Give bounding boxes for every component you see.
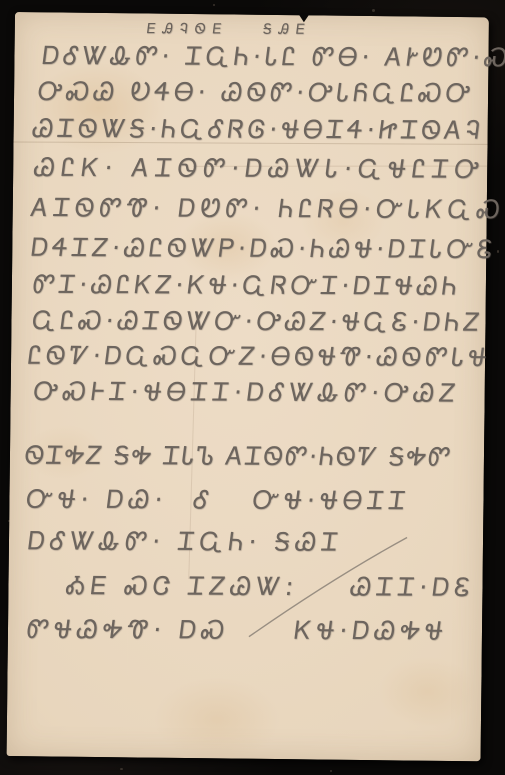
manuscript-line: ᏛᏆ·ᏊᏝᏦᏃ·ᏦᏠ·ᏩᏒᏅᏆ·ᎠᏆᏠᏊᏂ bbox=[31, 270, 463, 302]
manuscript-line: ᏅᏠ· ᎠᏊ· Ꮄ ᏅᏠ·ᏠᎾᏆᏆ bbox=[24, 485, 412, 517]
dust-speck bbox=[497, 250, 499, 253]
manuscript-line: ᏩᏝᏍ·ᏊᏆᏫᏔᏅ·ᎤᏊᏃ·ᏠᏩᏋ·ᎠᏂᏃ bbox=[30, 306, 485, 338]
manuscript-line: ᎣᎬ ᏍᏣ ᏆᏃᏊᏔ: ᏊᏆᏆ·ᎠᏋ bbox=[64, 571, 477, 603]
manuscript-line: ᏫᏆᎭᏃ ᎦᎭ ᏆᏓᏖ ᎪᏆᏫᏛ·ᏂᏫᏤ ᎦᎭᏛ bbox=[23, 441, 454, 473]
dust-speck bbox=[372, 9, 375, 12]
manuscript-line: ᏛᏠᏊᎭᏡ· ᎠᏍ ᏦᏠ·ᎠᏊᎭᏠ bbox=[25, 615, 450, 647]
manuscript-line: ᎠᎴᏔᎲᏛ· ᏆᏩᏂ· ᎦᏊᏆ bbox=[26, 526, 345, 557]
manuscript-paper: ᎬᎯᎸᏫᎬ ᎦᎯᎬ ᎠᎴᏔᎲᏛ· ᏆᏩᏂ·ᏓᏝ ᏛᎾ· ᎪᎨᏬᏛ·ᏍᏊ ᎤᏍᏊ … bbox=[7, 12, 489, 761]
photo-backdrop: { "photo": { "background_color": "#0a090… bbox=[0, 0, 505, 775]
dust-speck bbox=[213, 4, 215, 6]
manuscript-line: ᏊᏝᏦ· ᎪᏆᏫᏛ·ᎠᏊᏔᏓ·ᏩᏠᏝᏆᎤ bbox=[32, 153, 486, 185]
dust-speck bbox=[330, 770, 332, 772]
manuscript-line: ᎠᏎᏆᏃ·ᏊᏝᏫᏔᏢ·ᎠᏍ·ᏂᏊᏠ·ᎠᏆᏓᏅᏋ bbox=[29, 233, 498, 265]
manuscript-line: ᏝᏫᏤ·ᎠᏩᏍᏩᏅᏃ·ᎾᏫᏠᏡ·ᏊᏫᏛᏓᏠ bbox=[26, 341, 492, 373]
manuscript-line: ᎤᏍᎰᏆ·ᏠᎾᏆᏆ·ᎠᎴᏔᎲᏛ·ᎤᏊᏃ bbox=[32, 377, 463, 409]
manuscript-line: ᎠᎴᏔᎲᏛ· ᏆᏩᏂ·ᏓᏝ ᏛᎾ· ᎪᎨᏬᏛ·ᏍᏊ bbox=[40, 41, 505, 73]
manuscript-line: ᎪᏆᏫᏛᏡ· ᎠᏬᏛ· ᏂᏝᏒᎾ·ᏅᏓᏦᏩᏍᎤ bbox=[30, 193, 505, 225]
manuscript-line: ᎤᏍᏊ ᎧᏎᎾ· ᏊᏫᏛ·ᎤᏓᏲᏩᏝᏍᎤ bbox=[36, 77, 476, 109]
dust-speck bbox=[120, 768, 123, 770]
manuscript-header-line: ᎬᎯᎸᏫᎬ ᎦᎯᎬ bbox=[146, 21, 313, 38]
manuscript-line: ᏊᏆᏫᏔᎦ·ᏂᏩᎴᏒᎶ·ᏠᎾᏆᏎ·ᏥᏆᏫᎪᎸ bbox=[31, 114, 486, 146]
